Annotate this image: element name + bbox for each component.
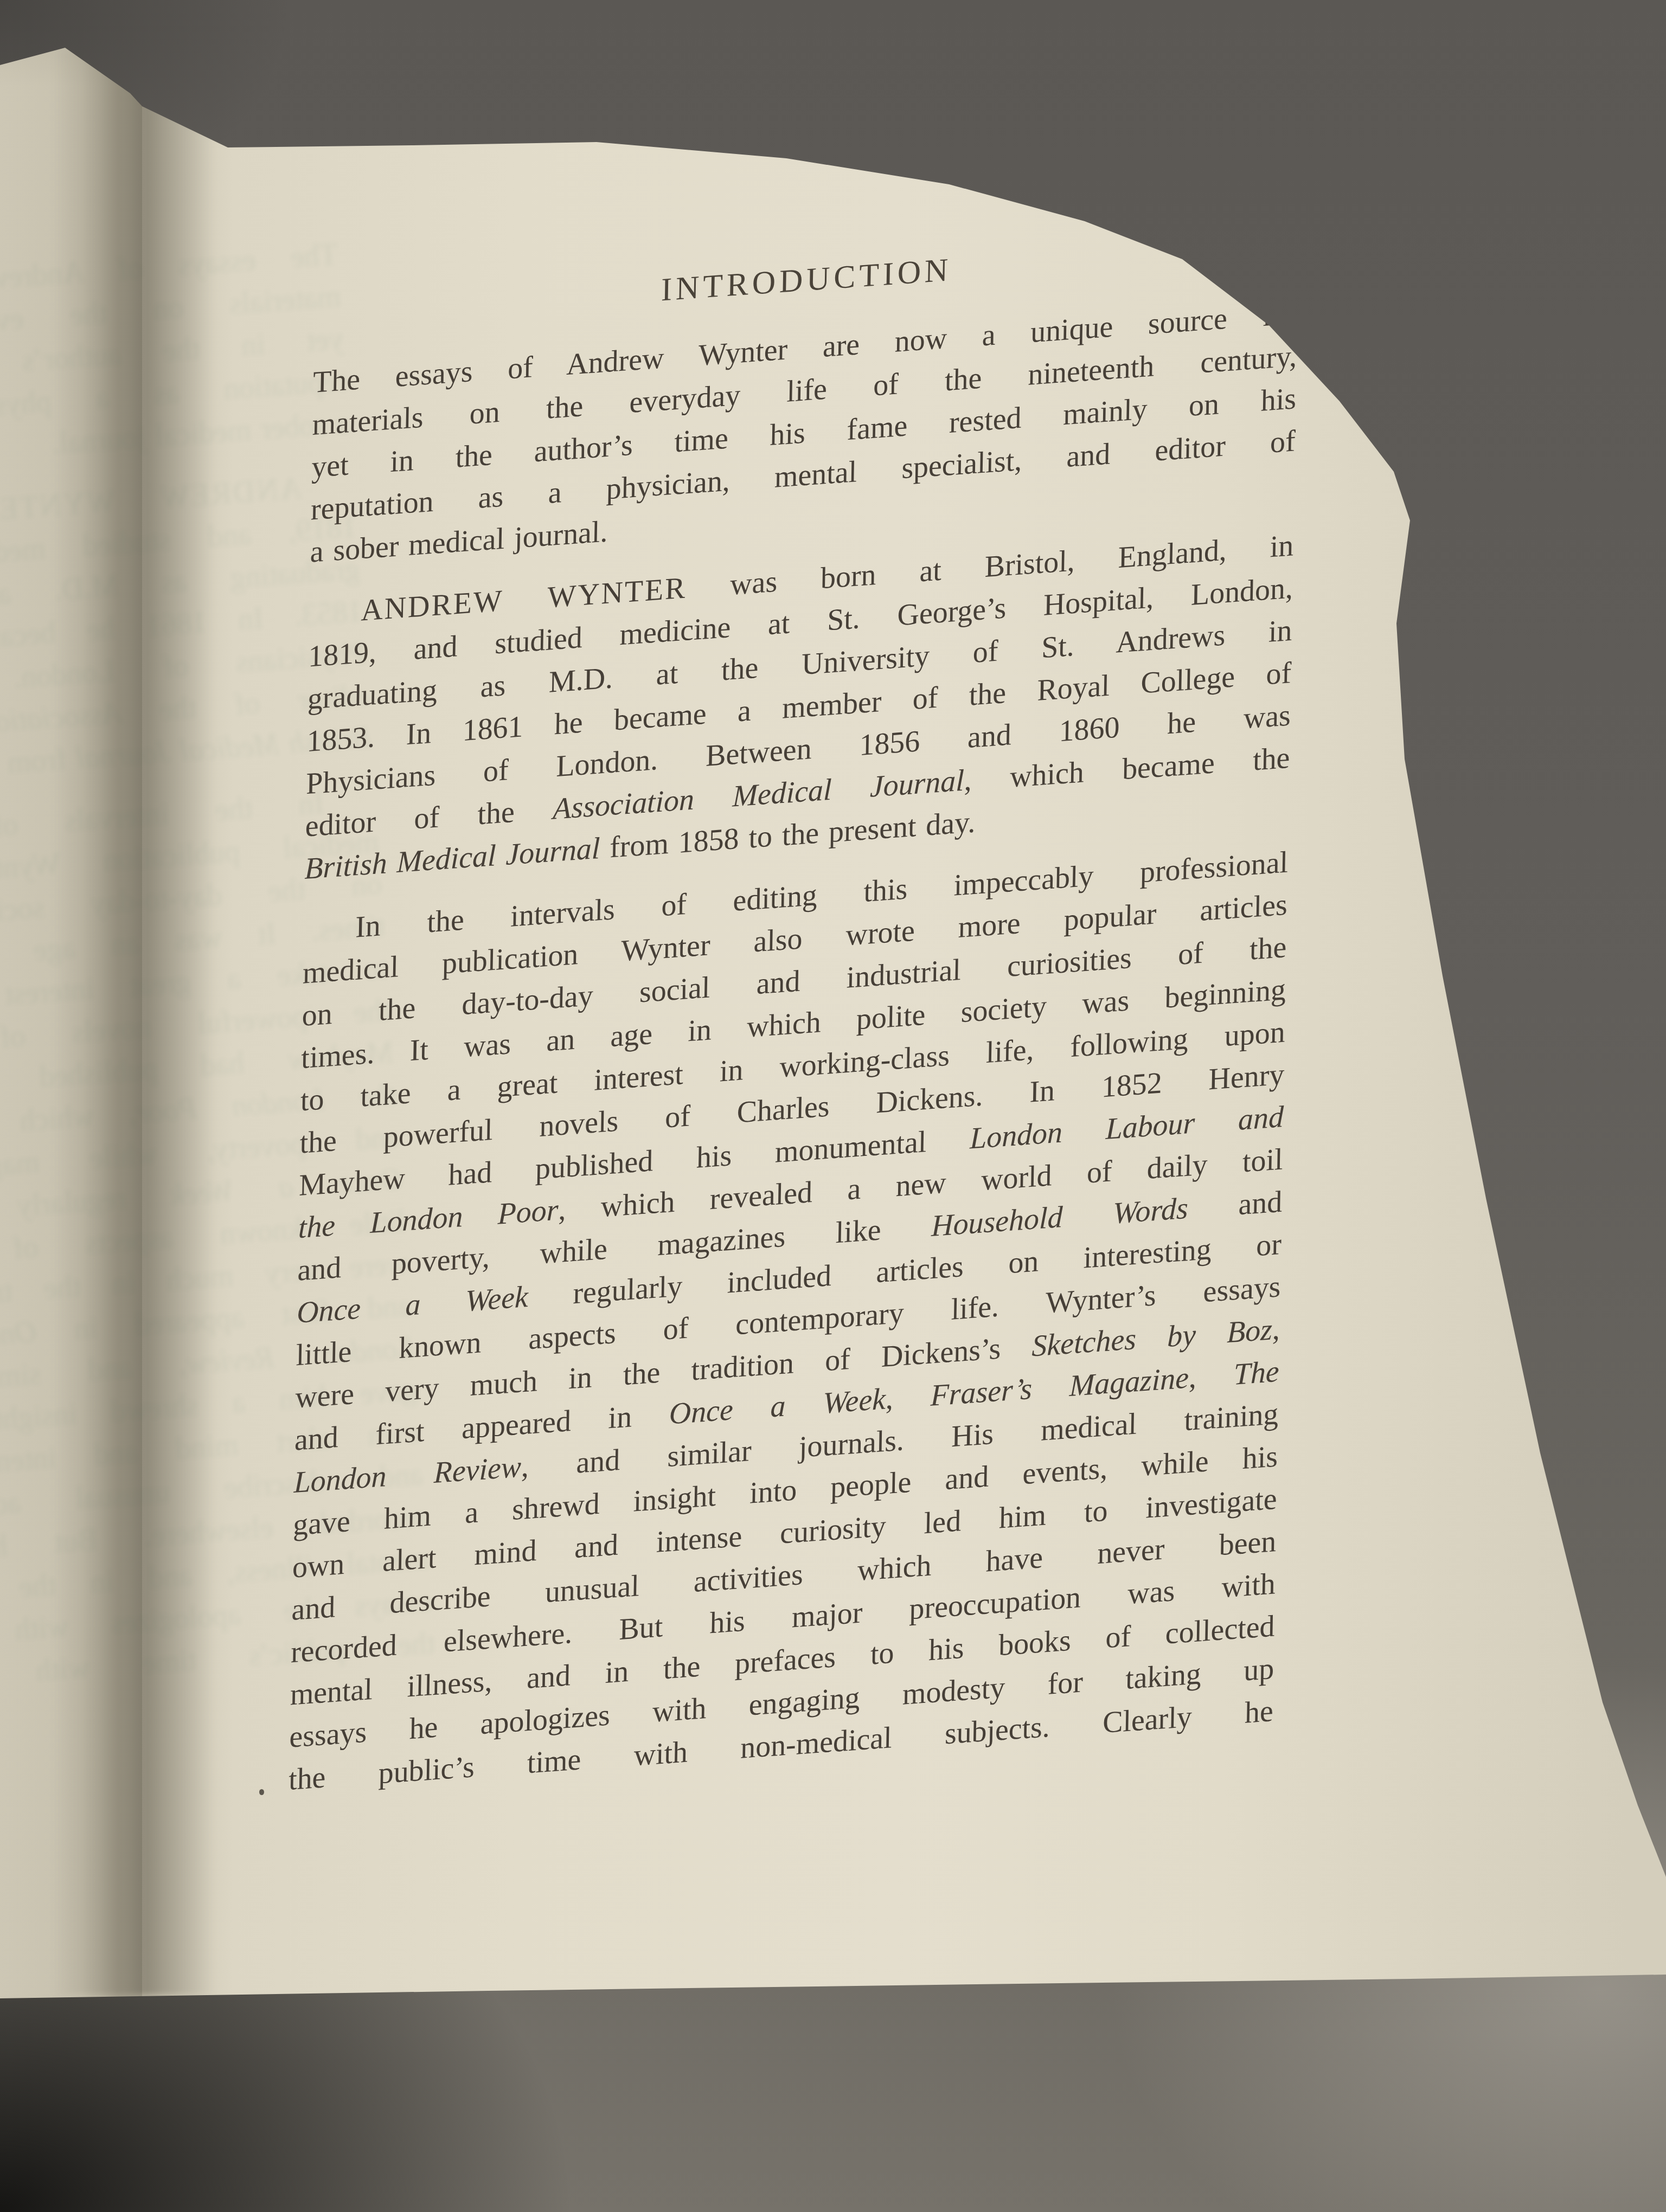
paragraph-1: The essays of Andrew Wynter are now a un… <box>310 292 1298 573</box>
paragraphs: The essays of Andrew Wynter are now a un… <box>289 292 1298 1801</box>
paragraph-2: ANDREW WYNTER was born at Bristol, Engla… <box>304 524 1294 890</box>
page-text-block: INTRODUCTION The essays of Andrew Wynter… <box>289 227 1299 1801</box>
ink-speck <box>259 1789 264 1795</box>
paragraph-3: In the intervals of editing this impecca… <box>289 841 1289 1801</box>
